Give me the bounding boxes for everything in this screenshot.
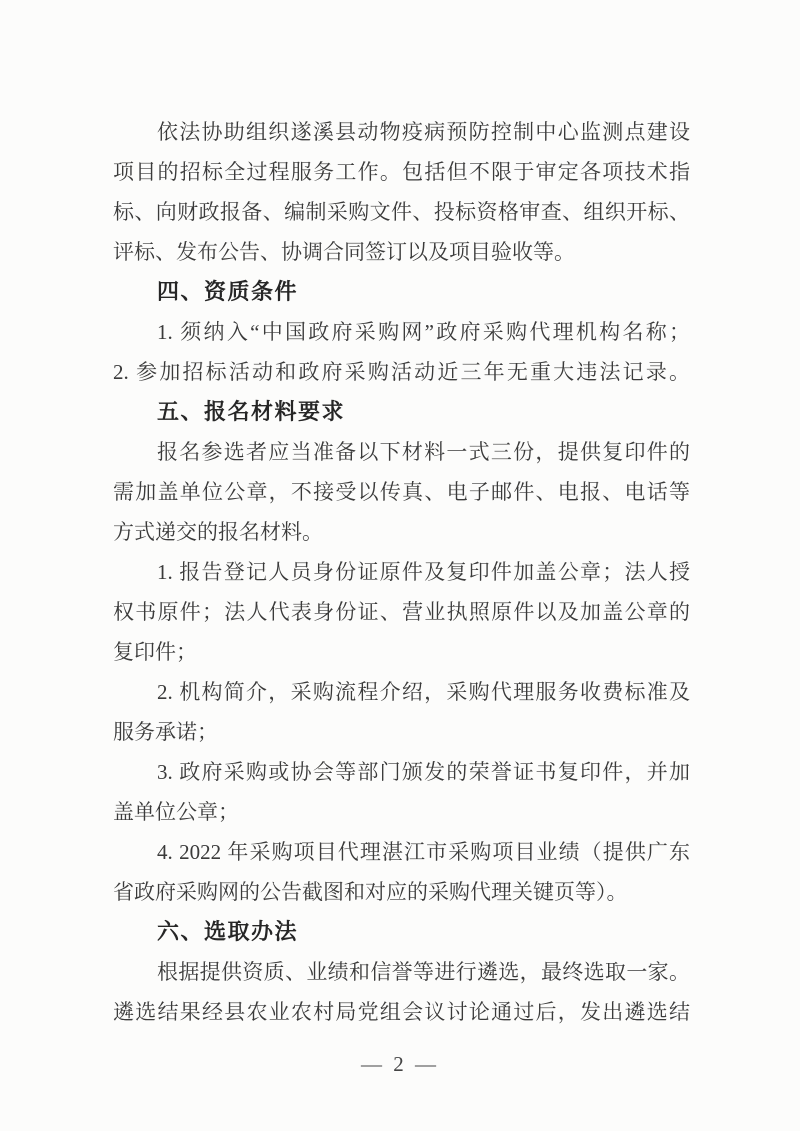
section-heading: 五、报名材料要求 — [113, 392, 690, 432]
text-line: 服务承诺； — [113, 712, 690, 752]
text-line: 根据提供资质、业绩和信誉等进行遴选，最终选取一家。 — [113, 952, 690, 992]
text-line: 3. 政府采购或协会等部门颁发的荣誉证书复印件，并加 — [113, 752, 690, 792]
text-line: 1. 报告登记人员身份证原件及复印件加盖公章；法人授 — [113, 552, 690, 592]
text-line: 报名参选者应当准备以下材料一式三份，提供复印件的 — [113, 432, 690, 472]
text-line: 方式递交的报名材料。 — [113, 512, 690, 552]
text-line: 五、报名材料要求 — [113, 392, 690, 432]
text-line: 四、资质条件 — [113, 272, 690, 312]
text-line: 1. 须纳入“中国政府采购网”政府采购代理机构名称； — [113, 312, 690, 352]
paragraph: 2. 机构简介，采购流程介绍，采购代理服务收费标准及服务承诺； — [113, 672, 690, 752]
paragraph: 根据提供资质、业绩和信誉等进行遴选，最终选取一家。遴选结果经县农业农村局党组会议… — [113, 952, 690, 1032]
text-line: 评标、发布公告、协调合同签订以及项目验收等。 — [113, 232, 690, 272]
paragraph: 3. 政府采购或协会等部门颁发的荣誉证书复印件，并加盖单位公章； — [113, 752, 690, 832]
text-line: 六、选取办法 — [113, 912, 690, 952]
document-body: 依法协助组织遂溪县动物疫病预防控制中心监测点建设项目的招标全过程服务工作。包括但… — [113, 112, 690, 1032]
text-line: 遴选结果经县农业农村局党组会议讨论通过后，发出遴选结 — [113, 992, 690, 1032]
paragraph: 1. 报告登记人员身份证原件及复印件加盖公章；法人授权书原件；法人代表身份证、营… — [113, 552, 690, 672]
text-line: 省政府采购网的公告截图和对应的采购代理关键页等）。 — [113, 872, 690, 912]
document-page: 依法协助组织遂溪县动物疫病预防控制中心监测点建设项目的招标全过程服务工作。包括但… — [0, 0, 800, 1131]
text-line: 复印件； — [113, 632, 690, 672]
text-line: 4. 2022 年采购项目代理湛江市采购项目业绩（提供广东 — [113, 832, 690, 872]
page-footer: — 2 — — [0, 1052, 800, 1077]
paragraph: 4. 2022 年采购项目代理湛江市采购项目业绩（提供广东省政府采购网的公告截图… — [113, 832, 690, 912]
text-line: 2. 机构简介，采购流程介绍，采购代理服务收费标准及 — [113, 672, 690, 712]
paragraph: 1. 须纳入“中国政府采购网”政府采购代理机构名称；2. 参加招标活动和政府采购… — [113, 312, 690, 392]
section-heading: 四、资质条件 — [113, 272, 690, 312]
text-line: 盖单位公章； — [113, 792, 690, 832]
text-line: 项目的招标全过程服务工作。包括但不限于审定各项技术指 — [113, 152, 690, 192]
page-number: — 2 — — [361, 1052, 439, 1076]
text-line: 需加盖单位公章，不接受以传真、电子邮件、电报、电话等 — [113, 472, 690, 512]
text-line: 依法协助组织遂溪县动物疫病预防控制中心监测点建设 — [113, 112, 690, 152]
text-line: 2. 参加招标活动和政府采购活动近三年无重大违法记录。 — [113, 352, 690, 392]
text-line: 权书原件；法人代表身份证、营业执照原件以及加盖公章的 — [113, 592, 690, 632]
text-line: 标、向财政报备、编制采购文件、投标资格审查、组织开标、 — [113, 192, 690, 232]
section-heading: 六、选取办法 — [113, 912, 690, 952]
paragraph: 报名参选者应当准备以下材料一式三份，提供复印件的需加盖单位公章，不接受以传真、电… — [113, 432, 690, 552]
paragraph: 依法协助组织遂溪县动物疫病预防控制中心监测点建设项目的招标全过程服务工作。包括但… — [113, 112, 690, 272]
